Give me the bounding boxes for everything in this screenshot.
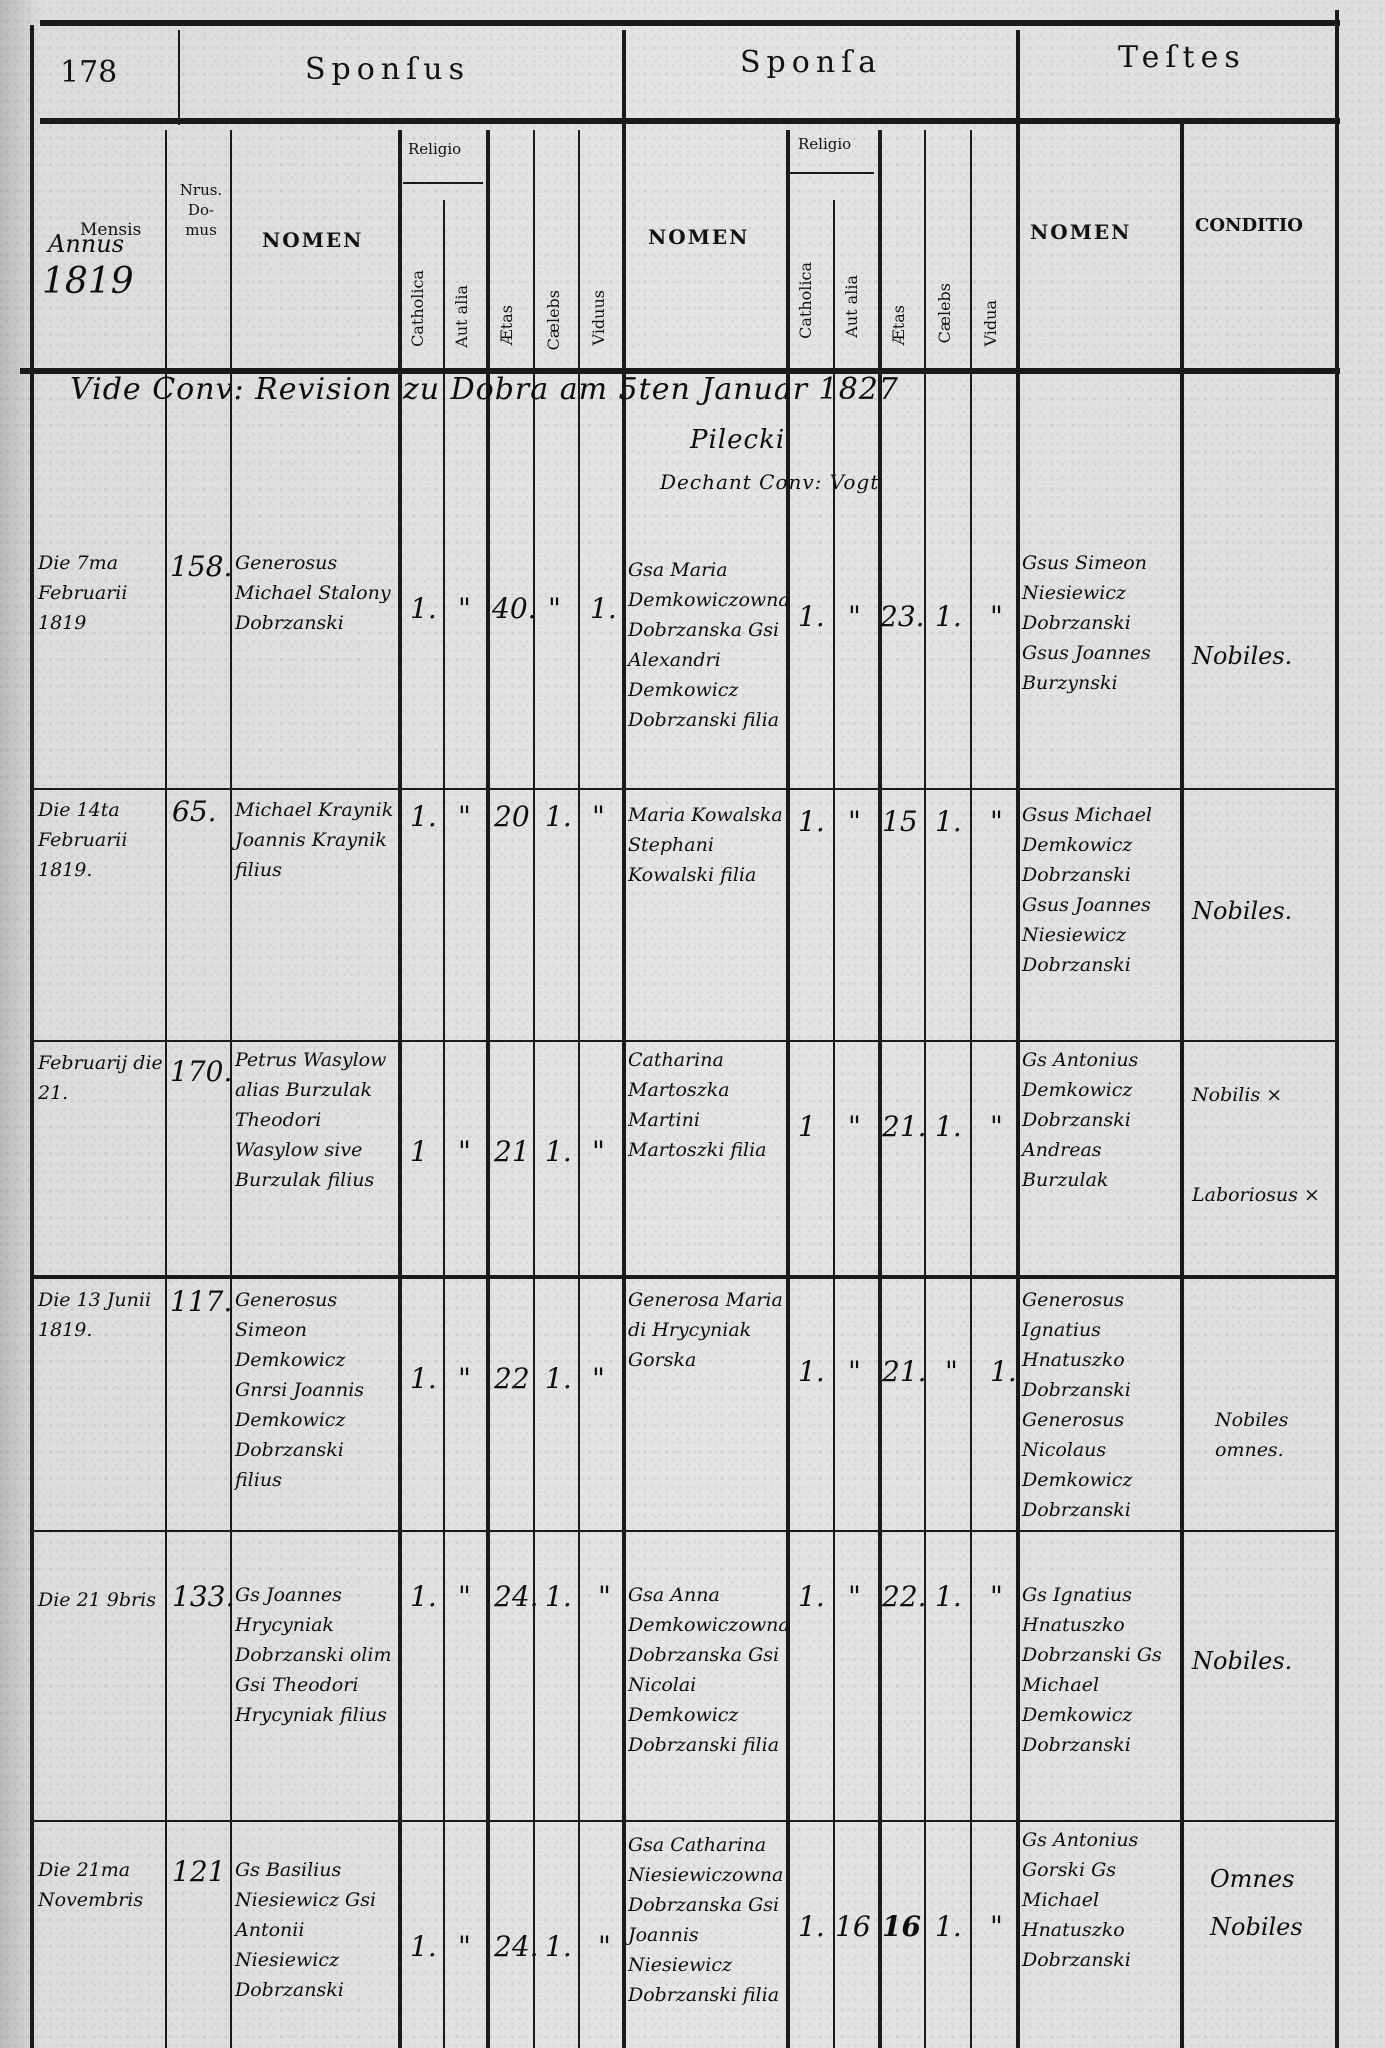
entry-house: 121 — [172, 1855, 225, 1888]
groom-name: Gs Joannes Hrycyniak Dobrzanski olim Gsi… — [235, 1580, 395, 1730]
groom-widower: " — [598, 1930, 611, 1963]
witness-condition: Nobiles. — [1192, 640, 1292, 672]
right-border — [1335, 10, 1339, 2048]
bride-single: 1. — [935, 600, 962, 633]
entry-house: 170. — [170, 1055, 232, 1088]
witness-names: Gsus Simeon Niesiewicz Dobrzanski Gsus J… — [1022, 548, 1177, 698]
row-separator — [30, 1040, 1335, 1042]
bride-age: 16 — [882, 1910, 921, 1943]
row-separator — [30, 1820, 1335, 1822]
groom-catholic-header: Catholica — [408, 270, 427, 347]
bride-catholic: 1. — [798, 805, 825, 838]
bride-name: Generosa Maria di Hrycyniak Gorska — [628, 1285, 783, 1375]
groom-other: " — [458, 592, 471, 625]
bride-widow: " — [990, 1910, 1003, 1943]
bride-catholic: 1. — [798, 600, 825, 633]
top-rule — [40, 20, 1340, 26]
groom-widower: " — [592, 800, 605, 833]
groom-age: 40. — [492, 592, 537, 625]
witness-condition: Nobiles. — [1192, 1645, 1292, 1677]
entry-house: 133. — [172, 1580, 234, 1613]
header-bride: Sponſa — [740, 45, 882, 80]
bride-widow: " — [990, 805, 1003, 838]
groom-single: 1. — [545, 1580, 572, 1613]
bride-widow: 1. — [990, 1355, 1017, 1388]
bride-name: Catharina Martoszka Martini Martoszki fi… — [628, 1045, 783, 1165]
header-rule — [40, 118, 1340, 124]
groom-widower-header: Viduus — [589, 290, 608, 345]
bride-single: " — [945, 1355, 958, 1388]
header-witnesses: Teſtes — [1118, 40, 1246, 75]
visitation-title: Dechant Conv: Vogt — [660, 470, 879, 494]
bride-catholic: 1. — [798, 1580, 825, 1613]
groom-catholic: 1. — [410, 592, 437, 625]
groom-religion-header: Religio — [408, 140, 461, 158]
groom-widower: 1. — [590, 592, 617, 625]
groom-other: " — [458, 800, 471, 833]
entry-date: Die 14ta Februarii 1819. — [38, 795, 163, 885]
condition-header: CONDITIO — [1195, 215, 1303, 236]
groom-other: " — [458, 1580, 471, 1613]
bride-catholic: 1 — [798, 1110, 816, 1143]
bride-single: 1. — [935, 1110, 962, 1143]
groom-name: Generosus Simeon Demkowicz Gnrsi Joannis… — [235, 1285, 395, 1495]
bride-catholic: 1. — [798, 1910, 825, 1943]
entry-date: Die 13 Junii 1819. — [38, 1285, 163, 1345]
groom-name: Petrus Wasylow alias Burzulak Theodori W… — [235, 1045, 395, 1195]
witness-names: Gsus Michael Demkowicz Dobrzanski Gsus J… — [1022, 800, 1177, 980]
groom-catholic: 1. — [410, 1362, 437, 1395]
left-border — [30, 25, 34, 2048]
groom-age: 24. — [494, 1580, 539, 1613]
bride-other-header: Aut alia — [842, 275, 861, 338]
groom-age: 22 — [494, 1362, 530, 1395]
groom-age-header: Ætas — [497, 305, 516, 345]
entry-house: 158. — [170, 550, 232, 583]
bride-other: " — [848, 1355, 861, 1388]
entry-date: Februarij die 21. — [38, 1048, 163, 1108]
groom-name: Michael Kraynik Joannis Kraynik filius — [235, 795, 395, 885]
bride-widow: " — [990, 1580, 1003, 1613]
bride-single: 1. — [935, 805, 962, 838]
visitation-note: Vide Conv: Revision zu Dobra am 5ten Jan… — [70, 372, 899, 407]
groom-widower: " — [592, 1135, 605, 1168]
page-number: 178 — [60, 55, 117, 90]
groom-single: " — [548, 592, 561, 625]
groom-other: " — [458, 1930, 471, 1963]
register-page: 178 Sponſus Sponſa Teſtes Mensis Annus 1… — [0, 0, 1385, 2048]
groom-age: 24. — [494, 1930, 539, 1963]
groom-name: Generosus Michael Stalony Dobrzanski — [235, 548, 395, 638]
bride-age: 21. — [882, 1355, 927, 1388]
groom-single: 1. — [545, 800, 572, 833]
groom-catholic: 1. — [410, 1930, 437, 1963]
witness-condition: Nobiles. — [1192, 895, 1292, 927]
header-groom: Sponſus — [305, 52, 470, 87]
bride-widow: " — [990, 1110, 1003, 1143]
visitation-signature: Pilecki — [690, 425, 785, 455]
bride-single: 1. — [935, 1580, 962, 1613]
groom-single: 1. — [545, 1135, 572, 1168]
witness-condition: Omnes Nobiles — [1210, 1855, 1330, 1951]
bride-name: Gsa Maria Demkowiczowna Dobrzanska Gsi A… — [628, 555, 783, 735]
bride-age: 21. — [882, 1110, 927, 1143]
groom-age: 20 — [494, 800, 530, 833]
witness-condition: Nobilis × Laboriosus × — [1192, 1045, 1332, 1245]
witness-names: Gs Antonius Gorski Gs Michael Hnatuszko … — [1022, 1825, 1177, 1975]
bride-other: " — [848, 805, 861, 838]
bride-other: " — [848, 1580, 861, 1613]
witness-names: Generosus Ignatius Hnatuszko Dobrzanski … — [1022, 1285, 1177, 1525]
witness-names: Gs Ignatius Hnatuszko Dobrzanski Gs Mich… — [1022, 1580, 1177, 1760]
groom-widower: " — [592, 1362, 605, 1395]
groom-name-header: NOMEN — [262, 228, 363, 252]
groom-widower: " — [598, 1580, 611, 1613]
groom-other: " — [458, 1135, 471, 1168]
groom-catholic: 1. — [410, 800, 437, 833]
entry-date: Die 21 9bris — [38, 1585, 163, 1615]
witness-condition: Nobiles omnes. — [1215, 1405, 1325, 1465]
entry-house: 117. — [170, 1285, 232, 1318]
bride-age: 23. — [880, 600, 925, 633]
groom-other-header: Aut alia — [452, 285, 471, 348]
year-value: 1819 — [42, 262, 134, 302]
bride-other: 16 — [835, 1910, 871, 1943]
house-number-header: Nrus. Do- mus — [174, 180, 228, 240]
bride-widow: " — [990, 600, 1003, 633]
row-separator — [30, 788, 1335, 790]
bride-other: " — [848, 1110, 861, 1143]
groom-single: 1. — [545, 1930, 572, 1963]
row-separator — [30, 1275, 1335, 1279]
witness-name-header: NOMEN — [1030, 220, 1131, 244]
bride-name: Gsa Catharina Niesiewiczowna Dobrzanska … — [628, 1830, 783, 2010]
bride-single-header: Cælebs — [935, 283, 954, 343]
bride-age: 15 — [882, 805, 918, 838]
bride-catholic: 1. — [798, 1355, 825, 1388]
groom-other: " — [458, 1362, 471, 1395]
groom-single-header: Cælebs — [544, 290, 563, 350]
row-separator — [30, 1530, 1335, 1532]
bride-age-header: Ætas — [889, 305, 908, 345]
bride-widow-header: Vidua — [981, 300, 1000, 346]
year-label: Annus — [48, 228, 124, 260]
bride-single: 1. — [935, 1910, 962, 1943]
bride-other: " — [848, 600, 861, 633]
witness-names: Gs Antonius Demkowicz Dobrzanski Andreas… — [1022, 1045, 1177, 1195]
entry-house: 65. — [172, 795, 217, 828]
entry-date: Die 21ma Novembris — [38, 1855, 163, 1915]
bride-name-header: NOMEN — [648, 225, 749, 249]
bride-catholic-header: Catholica — [796, 262, 815, 339]
bride-age: 22. — [882, 1580, 927, 1613]
bride-religion-header: Religio — [798, 135, 851, 153]
bride-name: Maria Kowalska Stephani Kowalski filia — [628, 800, 783, 890]
groom-catholic: 1. — [410, 1580, 437, 1613]
groom-age: 21 — [494, 1135, 530, 1168]
groom-single: 1. — [545, 1362, 572, 1395]
entry-date: Die 7ma Februarii 1819 — [38, 548, 163, 638]
groom-catholic: 1 — [410, 1135, 428, 1168]
bride-name: Gsa Anna Demkowiczowna Dobrzanska Gsi Ni… — [628, 1580, 783, 1760]
groom-name: Gs Basilius Niesiewicz Gsi Antonii Niesi… — [235, 1855, 395, 2005]
